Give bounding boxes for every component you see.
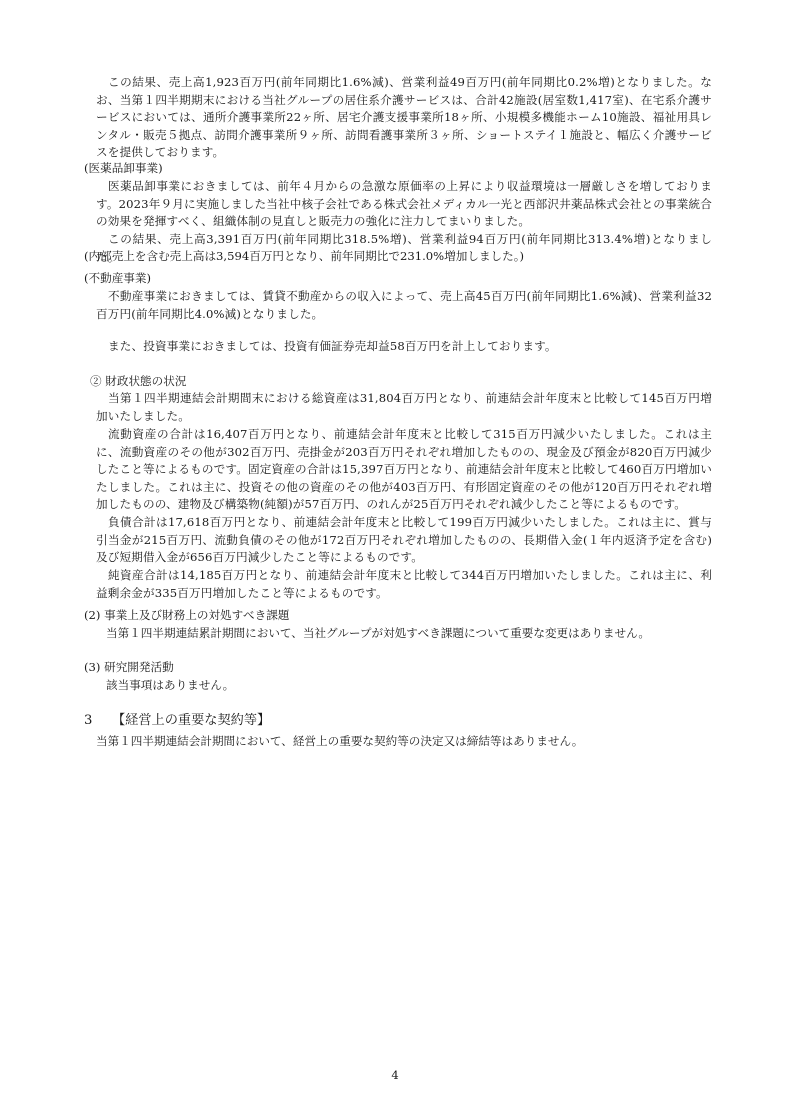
liabilities-paragraph: 負債合計は17,618百万円となり、前連結会計年度末と比較して199百万円減少い… xyxy=(96,514,712,567)
pharma-wholesale-paragraph-3: (内部売上を含む売上高は3,594百万円となり、前年同期比で231.0%増加しま… xyxy=(84,248,524,266)
contracts-section-title: 3【経営上の重要な契約等】 xyxy=(84,711,270,731)
issues-body: 当第１四半期連結累計期間において、当社グループが対処すべき課題について重要な変更… xyxy=(106,625,650,643)
real-estate-paragraph-1: 不動産事業におきましては、賃貸不動産からの収入によって、売上高45百万円(前年同… xyxy=(96,288,712,323)
research-heading: (3) 研究開発活動 xyxy=(84,659,174,677)
pharma-wholesale-heading: (医薬品卸事業) xyxy=(84,160,163,178)
page-number: 4 xyxy=(0,1068,790,1082)
total-assets-paragraph: 当第１四半期連結会計期間末における総資産は31,804百万円となり、前連結会計年… xyxy=(96,390,712,425)
issues-heading: (2) 事業上及び財務上の対処すべき課題 xyxy=(84,607,289,625)
pharma-wholesale-paragraph-1: 医薬品卸事業におきましては、前年４月からの急激な原価率の上昇により収益環境は一層… xyxy=(96,178,712,231)
research-body: 該当事項はありません。 xyxy=(106,677,234,695)
assets-paragraph: 流動資産の合計は16,407百万円となり、前連結会計年度末と比較して315百万円… xyxy=(96,426,712,514)
financial-position-heading: ② 財政状態の状況 xyxy=(90,373,186,391)
contracts-body: 当第１四半期連結会計期間において、経営上の重要な契約等の決定又は締結等はありませ… xyxy=(96,733,583,751)
care-business-result-paragraph: この結果、売上高1,923百万円(前年同期比1.6%減)、営業利益49百万円(前… xyxy=(96,74,712,162)
contracts-section-number: 3 xyxy=(84,711,112,731)
net-assets-paragraph: 純資産合計は14,185百万円となり、前連結会計年度末と比較して344百万円増加… xyxy=(96,567,712,602)
document-page: この結果、売上高1,923百万円(前年同期比1.6%減)、営業利益49百万円(前… xyxy=(0,0,790,1118)
investment-paragraph: また、投資事業におきましては、投資有価証券売却益58百万円を計上しております。 xyxy=(96,338,712,356)
contracts-section-label: 【経営上の重要な契約等】 xyxy=(112,713,270,728)
real-estate-heading: (不動産事業) xyxy=(84,270,151,288)
